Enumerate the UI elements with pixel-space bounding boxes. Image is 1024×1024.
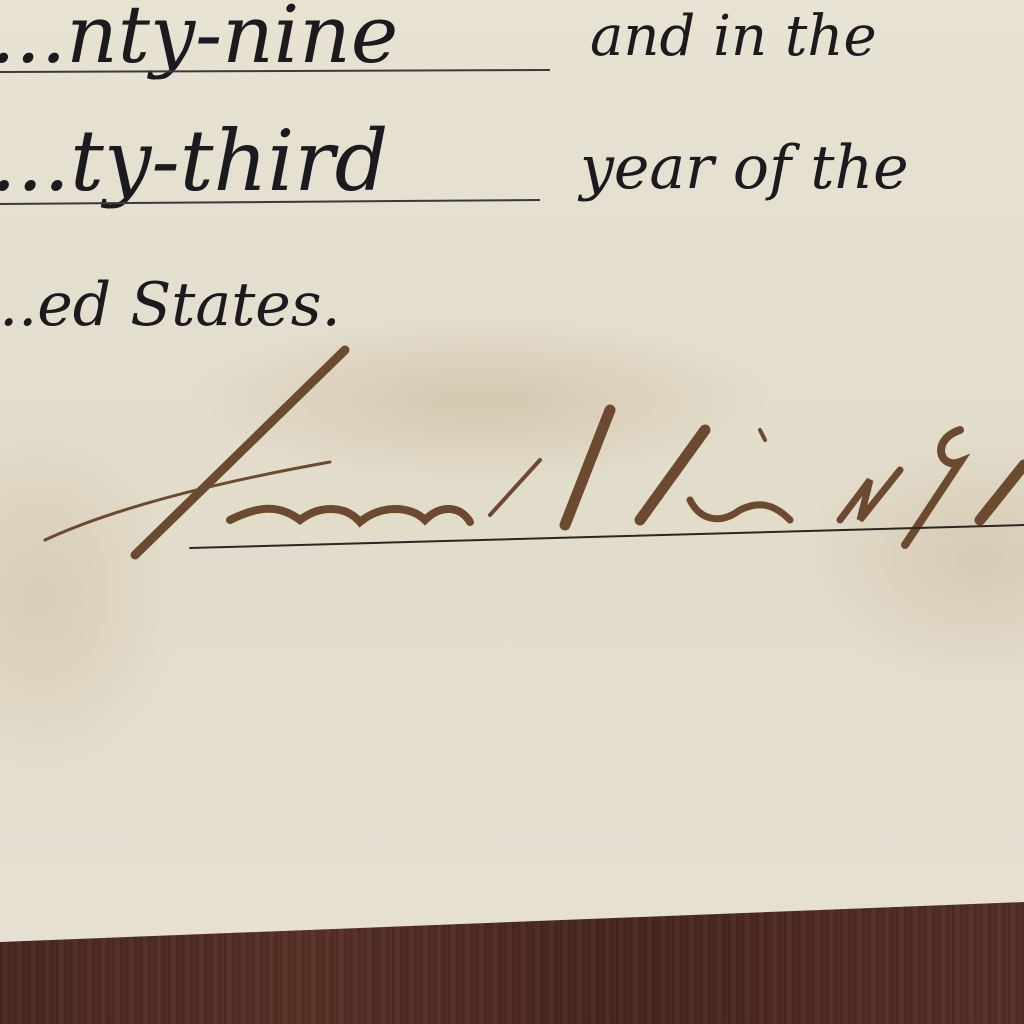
printed-text-united-states: ...ed States.	[0, 270, 341, 340]
text-line-3: ...ed States.	[0, 270, 341, 340]
document-ink-layer: ...nty-nine and in the ...ty-third year …	[0, 0, 1024, 1024]
printed-text-and-in-the: and in the	[590, 4, 877, 69]
signature-franklin-pierce	[45, 350, 1024, 555]
filled-text-twenty-nine: ...nty-nine	[0, 0, 398, 81]
printed-text-year-of-the: year of the	[577, 133, 909, 203]
text-line-1: ...nty-nine and in the	[0, 0, 877, 81]
filled-text-third: ...ty-third	[0, 112, 388, 210]
text-line-2: ...ty-third year of the	[0, 112, 909, 210]
